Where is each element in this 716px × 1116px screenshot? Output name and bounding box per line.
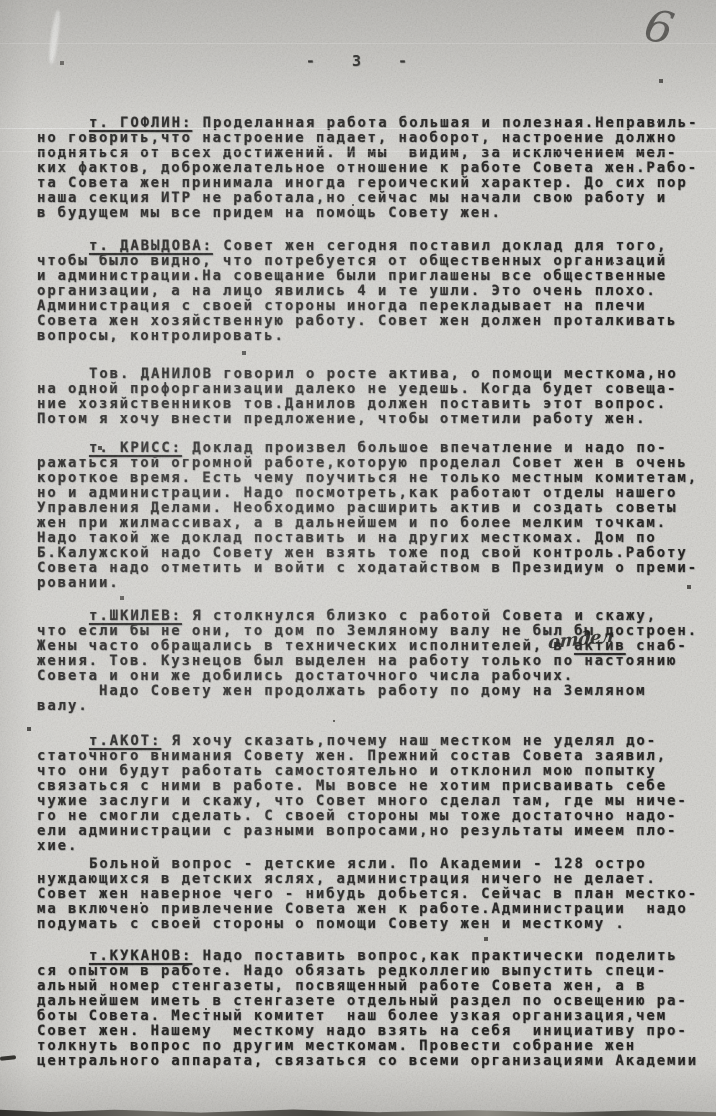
paragraph-kriss: т. КРИСС: Доклад произвел большое впечат… xyxy=(37,441,709,591)
paragraph-davydova: т. ДАВЫДОВА: Совет жен сегодня поставил … xyxy=(37,239,709,344)
paper-specks xyxy=(0,0,2,2)
scan-streak xyxy=(0,128,716,129)
paragraph-shkilev: т.ШКИЛЕВ: Я столкнулся близко с работой … xyxy=(37,609,709,714)
paragraph-text: Больной вопрос - детские ясли. По Академ… xyxy=(37,856,698,932)
paragraph-text: Доклад произвел большое впечатление и на… xyxy=(37,440,698,591)
speaker-shkilev: т.ШКИЛЕВ: xyxy=(89,608,182,624)
paragraph-goflin: т. ГОФЛИН: Проделанная работа большая и … xyxy=(37,116,709,221)
page-number: - 3 - xyxy=(0,52,716,70)
paragraph-kukanov: т.КУКАНОВ: Надо поставить вопрос,как пра… xyxy=(37,949,709,1069)
speaker-kriss: т. КРИСС: xyxy=(89,440,182,456)
scan-streak xyxy=(0,43,716,44)
paragraph-danilov: Тов. ДАНИЛОВ говорил о росте актива, о п… xyxy=(37,367,709,427)
paragraph-text: Надо поставить вопрос,как практически по… xyxy=(37,948,698,1069)
scan-streak xyxy=(0,151,716,152)
paragraph-text: Проделанная работа большая и полезная.Не… xyxy=(37,115,698,221)
speaker-danilov: Тов. ДАНИЛОВ xyxy=(89,366,213,382)
scan-bottom-edge-shadow xyxy=(0,1107,716,1116)
paragraph-text: Я хочу сказать,почему наш местком не уде… xyxy=(37,733,688,854)
handwritten-page-index: 6 xyxy=(640,0,679,55)
speaker-davydova: т. ДАВЫДОВА: xyxy=(89,238,213,254)
paragraph-text: Совет жен сегодня поставил доклад для то… xyxy=(37,238,677,344)
left-edge-ink-mark xyxy=(0,1055,16,1061)
speaker-kukanov: т.КУКАНОВ: xyxy=(89,948,192,964)
paragraph-akot: т.АКОТ: Я хочу сказать,почему наш местко… xyxy=(37,734,709,854)
paragraph-nursery-issue: Больной вопрос - детские ясли. По Академ… xyxy=(37,857,709,932)
scanned-document-page: - 3 - 6 т. ГОФЛИН: Проделанная работа бо… xyxy=(0,0,716,1116)
speaker-akot: т.АКОТ: xyxy=(89,733,161,749)
